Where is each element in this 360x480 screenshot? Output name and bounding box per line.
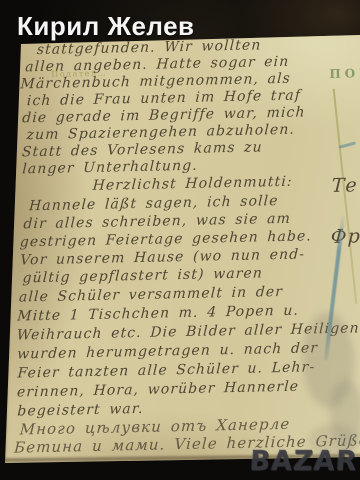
handwriting-line: Mitte 1 Tischchen m. 4 Popen u. bbox=[17, 303, 299, 325]
handwriting-fragment: Фре bbox=[330, 225, 360, 248]
postcard-content-layer: Подател… ПОЩЕ auch an einem Sonntage. st… bbox=[0, 0, 360, 480]
handwriting-fragment: Те bbox=[331, 174, 358, 197]
handwriting-line: gültig gepflastert ist) waren bbox=[22, 265, 263, 286]
handwriting-line: erinnen, Hora, worüber Hannerle bbox=[17, 379, 300, 401]
handwriting-line: langer Unterhaltung. bbox=[22, 158, 198, 178]
handwriting-line: Herzlichst Holdenmutti: bbox=[92, 174, 293, 194]
watermark-logo: BAZAR bbox=[249, 445, 358, 478]
blue-crayon-dash bbox=[339, 141, 356, 148]
printed-post-label: ПОЩЕ bbox=[329, 66, 360, 81]
photo-background: Кирил Желев Подател… ПОЩЕ auch an einem … bbox=[0, 0, 360, 480]
handwriting-line: Feier tanzten alle Schüler u. Lehr- bbox=[17, 359, 315, 381]
postcard-photo: Подател… ПОЩЕ auch an einem Sonntage. st… bbox=[0, 0, 360, 480]
handwriting-line: alle Schüler versammelt in der bbox=[19, 284, 284, 306]
page-title: Кирил Желев bbox=[17, 11, 195, 42]
handwriting-line: begeistert war. bbox=[17, 401, 144, 420]
handwriting-layer: auch an einem Sonntage. stattgefunden. W… bbox=[0, 0, 359, 1]
